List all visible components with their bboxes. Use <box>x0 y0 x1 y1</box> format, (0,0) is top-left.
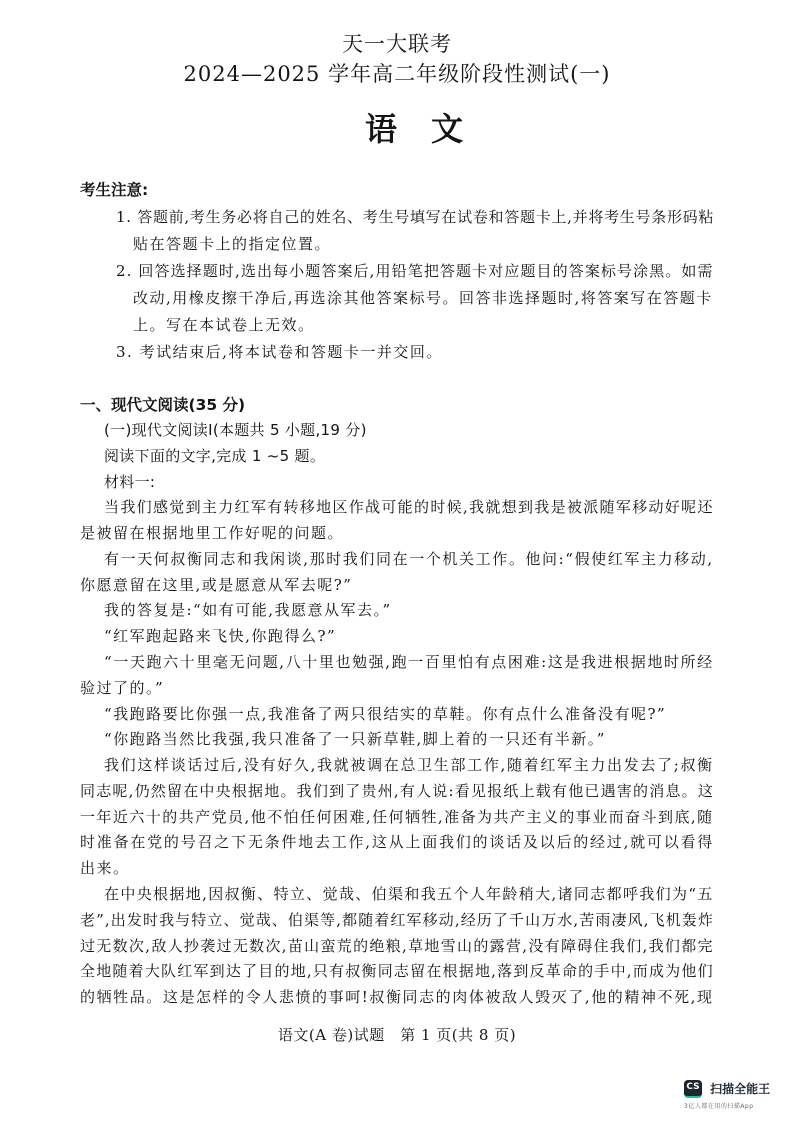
body-line: 在中央根据地,因叔衡、特立、觉哉、伯渠和我五个人年龄稍大,诸同志都呼我们为“五 <box>104 883 714 904</box>
body-line: 出来。 <box>80 857 130 878</box>
body-line: 一年近六十的共产党员,他不怕任何困难,任何牺牲,准备为共产主义的事业而奋斗到底,… <box>80 806 714 827</box>
body-line: 的牺牲品。这是怎样的令人悲愤的事呵!叔衡同志的肉体被敌人毁灭了,他的精神不死,现 <box>80 986 714 1007</box>
body-line: 验过了的。” <box>80 677 164 698</box>
body-line: 当我们感觉到主力红军有转移地区作战可能的时候,我就想到我是被派随军移动好呢还 <box>104 496 714 517</box>
body-line: 你愿意留在这里,或是愿意从军去呢?” <box>80 574 352 595</box>
body-line: “你跑路当然比我强,我只准备了一只新草鞋,脚上着的一只还有半新。” <box>104 728 606 749</box>
notice-line: 改动,用橡皮擦干净后,再选涂其他答案标号。回答非选择题时,将答案写在答题卡 <box>133 287 713 308</box>
body-line: 时准备在党的号召之下无条件地去工作,这从上面我们的谈话及以后的经过,就可以看得 <box>80 831 714 852</box>
section-title: 一、现代文阅读(35 分) <box>80 393 245 415</box>
exam-title: 2024—2025 学年高二年级阶段性测试(一) <box>0 58 794 88</box>
body-line: 过无数次,敌人抄袭过无数次,苗山蛮荒的绝粮,草地雪山的露营,没有障碍住我们,我们… <box>80 935 714 956</box>
camscanner-logo-icon: CS <box>684 1080 702 1098</box>
watermark-app-name: 扫描全能王 <box>710 1080 770 1097</box>
notice-line: 贴在答题卡上的指定位置。 <box>133 233 331 254</box>
body-line: 全地随着大队红军到达了目的地,只有叔衡同志留在根据地,落到反革命的手中,而成为他… <box>80 960 714 981</box>
notice-title: 考生注意: <box>80 178 148 200</box>
material-label: 材料一: <box>104 471 155 492</box>
body-line: 有一天何叔衡同志和我闲谈,那时我们同在一个机关工作。他问:“假使红军主力移动, <box>104 548 714 569</box>
watermark-tagline: 3亿人都在用的扫描App <box>684 1101 794 1110</box>
body-line: 是被留在根据地里工作好呢的问题。 <box>80 522 344 543</box>
exam-page: 天一大联考 2024—2025 学年高二年级阶段性测试(一) 语文 考生注意: … <box>0 0 794 1123</box>
notice-line: 2. 回答选择题时,选出每小题答案后,用铅笔把答题卡对应题目的答案标号涂黑。如需 <box>116 260 714 281</box>
body-line: “一天跑六十里毫无问题,八十里也勉强,跑一百里怕有点困难:这是我进根据地时所经 <box>104 651 714 672</box>
body-line: 老”,出发时我与特立、觉哉、伯渠等,都随着红军移动,经历了千山万水,苦雨凄风,飞… <box>80 909 714 930</box>
body-line: 我的答复是:“如有可能,我愿意从军去。” <box>104 599 392 620</box>
reading-instruction: 阅读下面的文字,完成 1 ~5 题。 <box>104 445 325 466</box>
subject-title: 语文 <box>0 104 794 150</box>
body-line: 我们这样谈话过后,没有好久,我就被调在总卫生部工作,随着红军主力出发去了;叔衡 <box>104 754 714 775</box>
exam-org: 天一大联考 <box>0 28 794 58</box>
body-line: “红军跑起路来飞快,你跑得么?” <box>104 625 336 646</box>
notice-line: 上。写在本试卷上无效。 <box>133 314 315 335</box>
body-line: 同志呢,仍然留在中央根据地。我们到了贵州,有人说:看见报纸上载有他已遇害的消息。… <box>80 780 714 801</box>
subsection-title: (一)现代文阅读Ⅰ(本题共 5 小题,19 分) <box>104 419 367 440</box>
page-footer: 语文(A 卷)试题 第 1 页(共 8 页) <box>0 1024 794 1045</box>
notice-line: 1. 答题前,考生务必将自己的姓名、考生号填写在试卷和答题卡上,并将考生号条形码… <box>116 206 714 227</box>
notice-line: 3. 考试结束后,将本试卷和答题卡一并交回。 <box>116 341 443 362</box>
scanner-watermark: CS 扫描全能王 3亿人都在用的扫描App <box>684 1078 794 1110</box>
body-line: “我跑路要比你强一点,我准备了两只很结实的草鞋。你有点什么准备没有呢?” <box>104 703 666 724</box>
